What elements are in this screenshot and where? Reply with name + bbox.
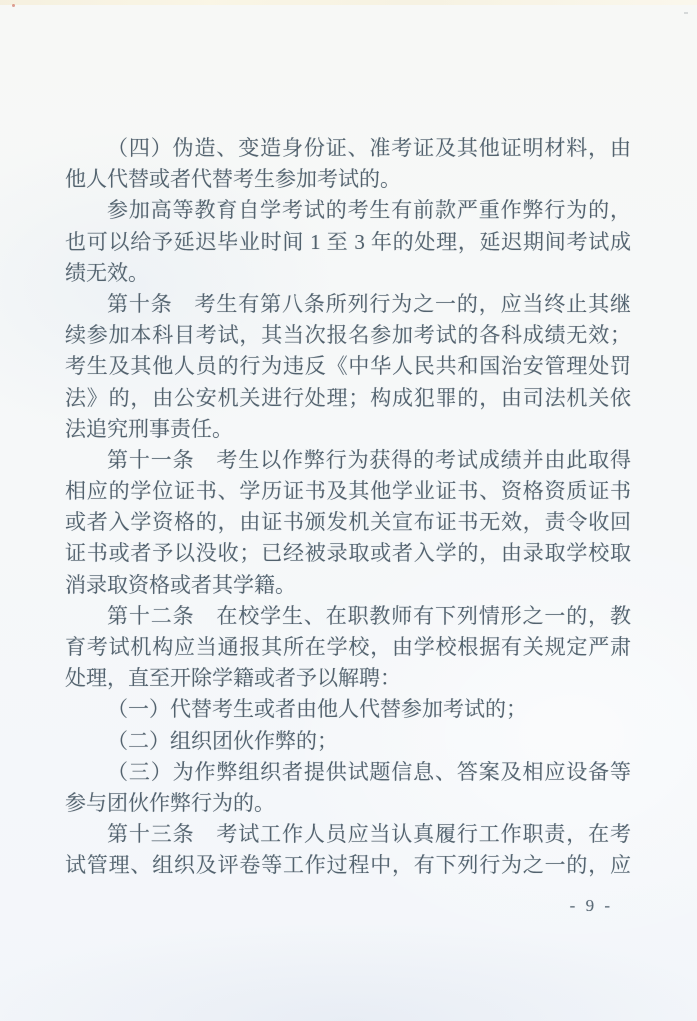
text-line: 消录取资格或者其学籍。: [65, 570, 631, 601]
scan-speck: [12, 4, 15, 7]
text-line: 参加高等教育自学考试的考生有前款严重作弊行为的，: [65, 195, 631, 226]
text-line: 法追究刑事责任。: [65, 414, 631, 445]
text-line: （一）代替考生或者由他人代替参加考试的；: [65, 694, 631, 725]
text-line: 证书或者予以没收；已经被录取或者入学的，由录取学校取: [65, 538, 631, 569]
text-line: 参与团伙作弊行为的。: [65, 788, 631, 819]
text-line: （二）组织团伙作弊的；: [65, 726, 631, 757]
text-line: 法》的，由公安机关进行处理；构成犯罪的，由司法机关依: [65, 383, 631, 414]
text-line: 第十二条 在校学生、在职教师有下列情形之一的，教: [65, 601, 631, 632]
document-page: （四）伪造、变造身份证、准考证及其他证明材料，由 他人代替或者代替考生参加考试的…: [0, 0, 697, 1021]
text-line: 续参加本科目考试，其当次报名参加考试的各科成绩无效；: [65, 320, 631, 351]
text-line: 第十一条 考生以作弊行为获得的考试成绩并由此取得: [65, 445, 631, 476]
text-line: 相应的学位证书、学历证书及其他学业证书、资格资质证书: [65, 476, 631, 507]
page-number: - 9 -: [570, 896, 613, 916]
text-line: （四）伪造、变造身份证、准考证及其他证明材料，由: [65, 133, 631, 164]
text-line: 处理，直至开除学籍或者予以解聘：: [65, 663, 631, 694]
text-line: 他人代替或者代替考生参加考试的。: [65, 164, 631, 195]
scan-top-edge: [0, 0, 697, 5]
text-line: 育考试机构应当通报其所在学校，由学校根据有关规定严肃: [65, 632, 631, 663]
text-line: 绩无效。: [65, 258, 631, 289]
text-line: 也可以给予延迟毕业时间 1 至 3 年的处理，延迟期间考试成: [65, 227, 631, 258]
text-line: 第十三条 考试工作人员应当认真履行工作职责，在考: [65, 819, 631, 850]
document-body: （四）伪造、变造身份证、准考证及其他证明材料，由 他人代替或者代替考生参加考试的…: [65, 133, 631, 882]
scan-speck: [684, 12, 688, 14]
text-line: 或者入学资格的，由证书颁发机关宣布证书无效，责令收回: [65, 507, 631, 538]
text-line: 试管理、组织及评卷等工作过程中，有下列行为之一的，应: [65, 850, 631, 881]
text-line: 第十条 考生有第八条所列行为之一的，应当终止其继: [65, 289, 631, 320]
text-line: 考生及其他人员的行为违反《中华人民共和国治安管理处罚: [65, 351, 631, 382]
text-line: （三）为作弊组织者提供试题信息、答案及相应设备等: [65, 757, 631, 788]
